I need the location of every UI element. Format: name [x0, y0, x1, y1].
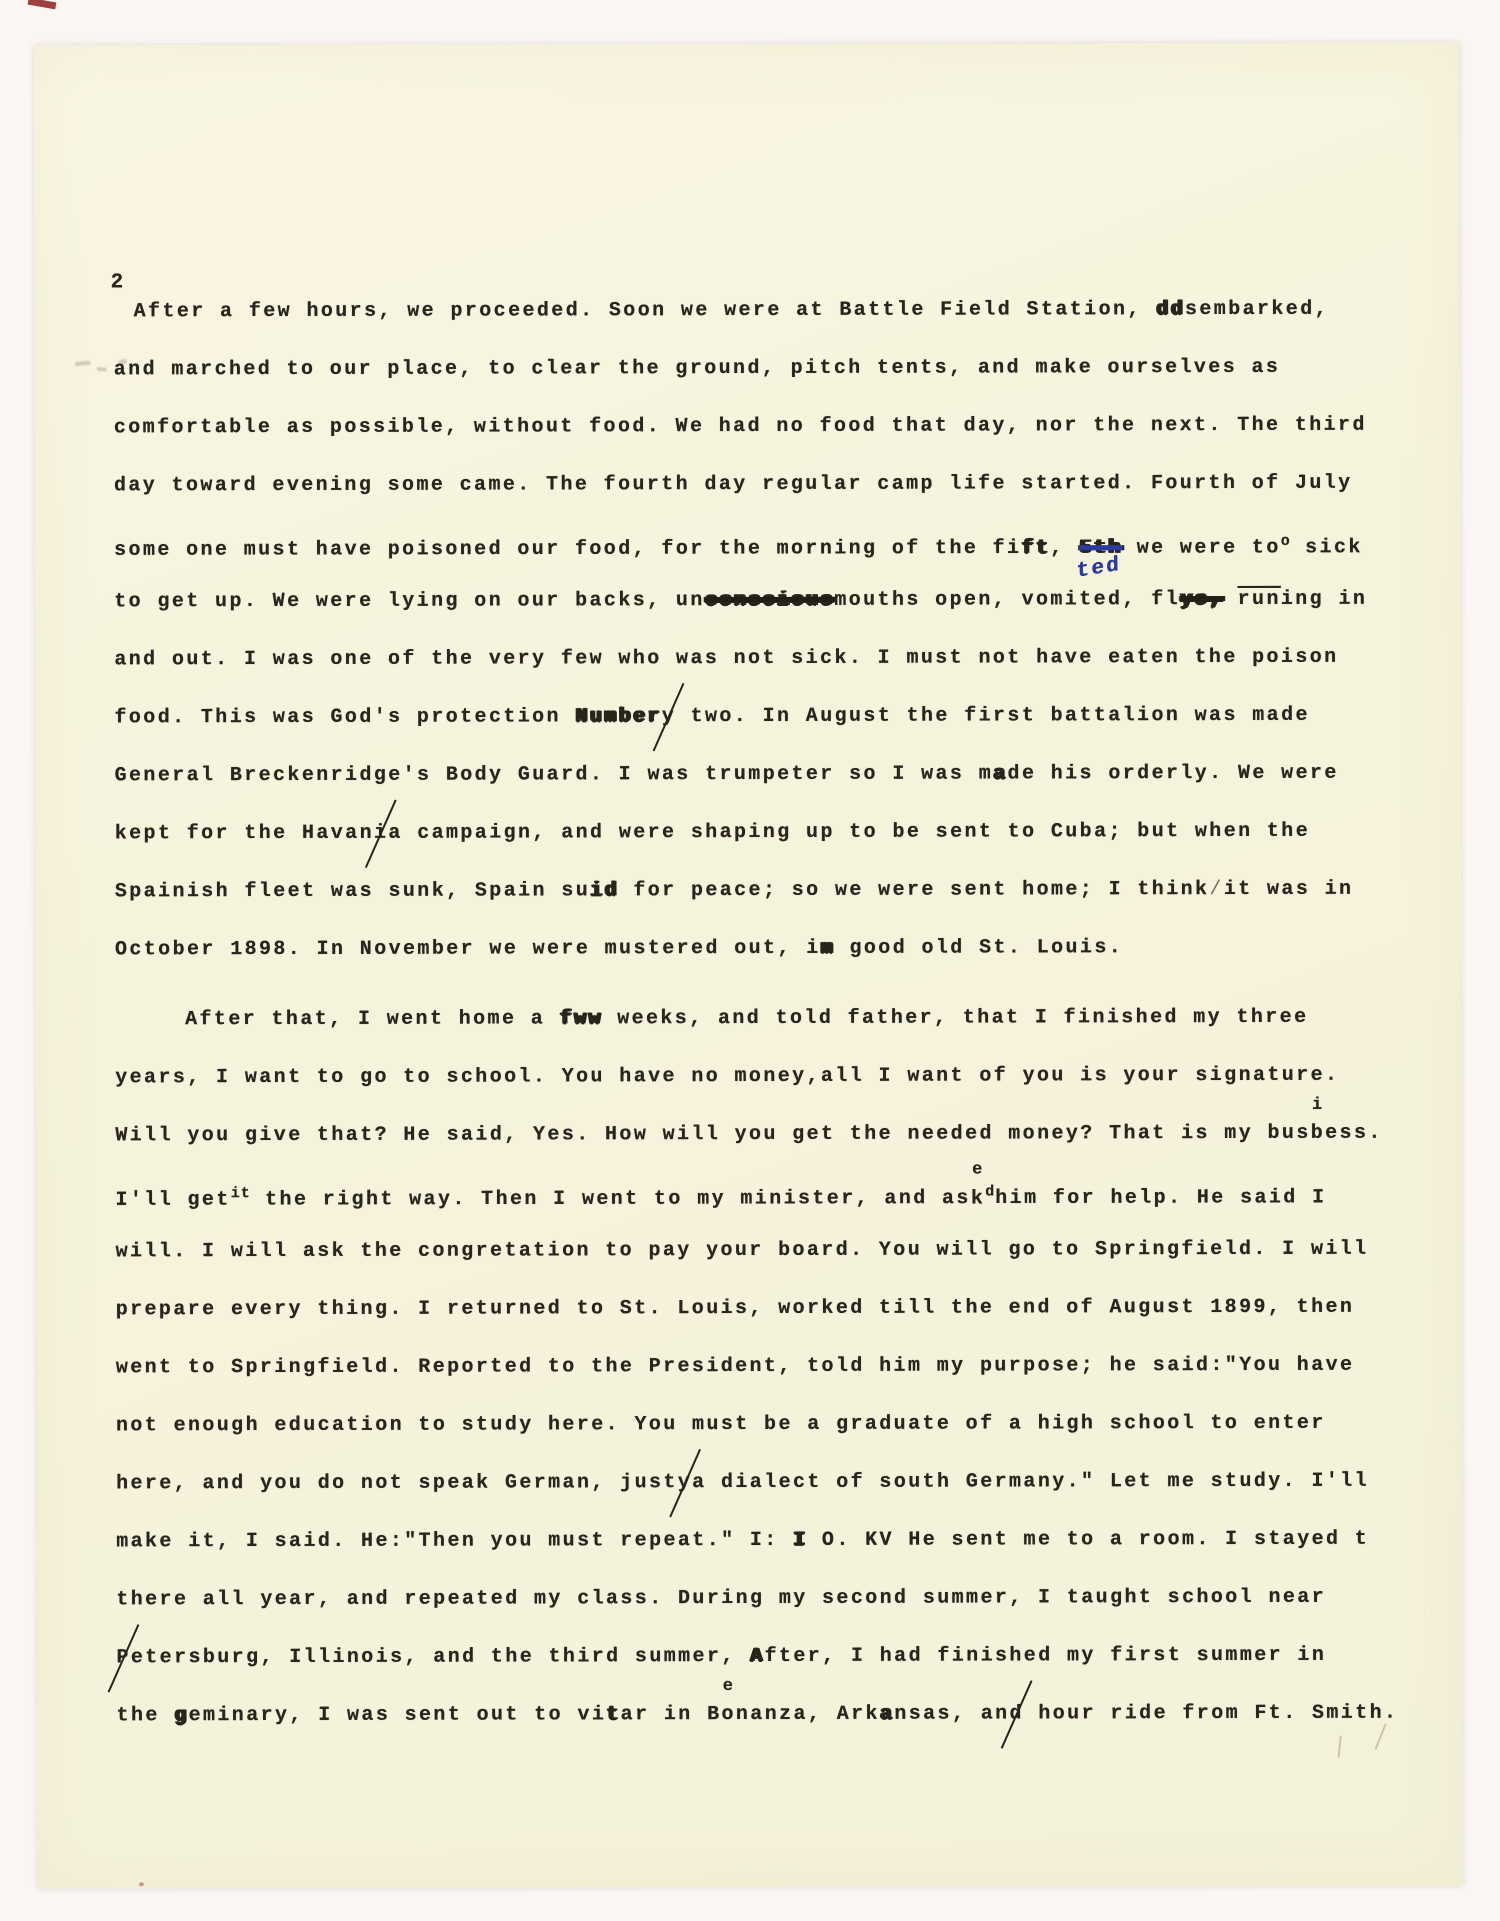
typed-segment-xout: ys,	[1180, 588, 1223, 611]
typed-segment-xout: conscious	[705, 589, 835, 612]
typed-segment: day toward evening some came. The fourth…	[114, 472, 1353, 498]
pen-correction: ted	[1076, 555, 1121, 583]
typed-segment-blot: fww	[560, 1007, 603, 1030]
red-speck	[139, 1882, 144, 1886]
typed-line: some one must have poisoned our food, fo…	[114, 513, 1444, 574]
typed-text-block: After a few hours, we proceeded. Soon we…	[114, 281, 1447, 1746]
typed-segment-blot: dd	[1156, 298, 1185, 321]
typed-segment: prepare every thing. I returned to St. L…	[116, 1296, 1355, 1322]
typed-segment: General Breckenridge's Body Guard. I was…	[115, 762, 994, 787]
typed-segment-blot: a	[993, 762, 1007, 785]
typed-segment: a campaign, and were shaping up to be se…	[388, 820, 1310, 845]
typed-line: prepare every thing. I returned to St. L…	[116, 1279, 1446, 1340]
typed-segment: and marched to our place, to clear the g…	[114, 356, 1281, 381]
typed-line: October 1898. In November we were muster…	[115, 919, 1445, 980]
typed-segment-slash: d	[1009, 1685, 1024, 1743]
typed-segment-blot: ft	[1021, 537, 1050, 560]
red-edge-streak	[28, 0, 57, 9]
typed-segment: ,	[1050, 537, 1079, 560]
typed-segment: nanza, Ark	[736, 1703, 880, 1726]
typed-segment-slash: i	[374, 805, 389, 863]
typed-segment: there all year, and repeated my class. D…	[116, 1586, 1326, 1612]
typed-line: comfortable as possible, without food. W…	[114, 397, 1444, 458]
typed-segment: ing in	[1281, 588, 1367, 611]
typed-segment-blot: a	[880, 1703, 894, 1726]
typed-segment: weeks, and told father, that I finished …	[603, 1006, 1309, 1030]
typed-segment: some one must have poisoned our food, fo…	[114, 537, 1021, 562]
typed-segment: ess.	[1325, 1122, 1383, 1145]
typed-line: there all year, and repeated my class. D…	[116, 1569, 1446, 1630]
typed-line: day toward evening some came. The fourth…	[114, 455, 1444, 516]
typed-segment-blot: t	[606, 1703, 620, 1726]
typed-segment: him for help. He said I	[995, 1186, 1326, 1210]
typed-segment-ovl: run	[1238, 588, 1281, 611]
typed-line: and out. I was one of the very few who w…	[114, 629, 1444, 690]
typed-line: the geminary, I was sent out to vitar in…	[117, 1685, 1447, 1746]
typed-segment: will. I will ask the congretation to pay…	[116, 1238, 1369, 1264]
typed-segment: de his orderly. We were	[1008, 762, 1339, 786]
typed-segment-blot: A	[750, 1645, 764, 1668]
typed-segment: Spainish fleet was sunk, Spain su	[115, 879, 590, 903]
typed-segment: After that, I went home a	[185, 1007, 560, 1031]
typed-segment: comfortable as possible, without food. W…	[114, 414, 1367, 440]
typed-segment: hour ride from Ft. Smith.	[1024, 1702, 1399, 1726]
typed-segment: we were to	[1122, 536, 1280, 559]
typed-line: years, I want to go to school. You have …	[115, 1047, 1445, 1108]
typed-segment: the right way. Then I went to my ministe…	[251, 1187, 971, 1212]
typed-segment-slash: y	[662, 688, 677, 746]
typed-segment-sup: d	[985, 1183, 995, 1200]
typed-line: I'll getit the right way. Then I went to…	[115, 1163, 1445, 1224]
typed-segment-blot: g	[174, 1704, 188, 1727]
typed-segment: , fl	[1122, 588, 1180, 611]
overtyped-character: e	[723, 1678, 736, 1695]
typed-line: to get up. We were lying on our backs, u…	[114, 571, 1444, 632]
typed-segment-blot: id	[590, 879, 619, 902]
typed-segment: ke	[971, 1170, 986, 1228]
pencil-smudge	[75, 361, 91, 367]
typed-line: not enough education to study here. You …	[116, 1395, 1446, 1456]
typed-line: kept for the Havania campaign, and were …	[115, 803, 1445, 864]
typed-line: Will you give that? He said, Yes. How wi…	[115, 1105, 1445, 1166]
typed-segment: years, I want to go to school. You have …	[115, 1064, 1339, 1090]
typed-segment: Will you give that? He said, Yes. How wi…	[115, 1122, 1310, 1148]
typed-segment: food. This was God's protection	[114, 705, 575, 729]
typed-segment: sick	[1291, 536, 1363, 559]
typed-line: General Breckenridge's Body Guard. I was…	[115, 745, 1445, 806]
typed-segment: After a few hours, we proceeded. Soon we…	[134, 298, 1157, 323]
typed-segment-blot: Number	[575, 705, 661, 728]
overtyped-character: i	[1312, 1096, 1325, 1113]
typed-segment	[1223, 588, 1237, 611]
typed-segment: mouths open, vomi	[834, 588, 1079, 612]
typed-segment-blot: I	[793, 1529, 807, 1552]
typed-segment: tedted	[1079, 571, 1122, 629]
typed-segment: oe	[721, 1686, 736, 1744]
typed-segment-slash: P	[116, 1629, 131, 1687]
typed-line: Spainish fleet was sunk, Spain suid for …	[115, 861, 1445, 922]
typed-segment: a dialect of south Germany." Let me stud…	[692, 1470, 1369, 1494]
typed-line: After a few hours, we proceeded. Soon we…	[114, 281, 1444, 342]
typed-segment: nsas, an	[894, 1702, 1009, 1725]
typed-segment: not enough education to study here. You …	[116, 1412, 1326, 1438]
typed-segment: for peace; so we were sent home; I think	[619, 878, 1210, 902]
typed-segment: eminary, I was sent out to vi	[189, 1703, 607, 1727]
typed-line: went to Springfield. Reported to the Pre…	[116, 1337, 1446, 1398]
typed-segment: ar in B	[621, 1703, 722, 1726]
typed-segment: two. In August the first battalion was m…	[676, 704, 1310, 728]
typed-segment: it was in	[1224, 878, 1354, 901]
typed-segment: O. KV He sent me to a room. I stayed t	[807, 1528, 1369, 1552]
typed-segment: went to Springfield. Reported to the Pre…	[116, 1354, 1355, 1380]
typed-line: here, and you do not speak German, justy…	[116, 1453, 1446, 1514]
overtyped-character: e	[972, 1162, 985, 1179]
typed-segment: I'll get	[115, 1189, 230, 1212]
typed-line: Petersburg, Illinois, and the third summ…	[116, 1627, 1446, 1688]
typed-segment-sup: o	[1281, 533, 1291, 550]
typewritten-page: 2 After a few hours, we proceeded. Soon …	[34, 43, 1463, 1889]
typed-segment: sembarked,	[1185, 298, 1329, 321]
typed-line: After that, I went home a fww weeks, and…	[115, 989, 1445, 1050]
typed-segment: to get up. We were lying on our backs, u…	[114, 589, 705, 613]
typed-segment: fter, I had finished my first summer in	[765, 1644, 1327, 1668]
scan-background: { "document": { "page_number": "2", "pap…	[0, 0, 1500, 1921]
typed-segment-sup: it	[231, 1185, 251, 1202]
typed-line: and marched to our place, to clear the g…	[114, 339, 1444, 400]
typed-segment: etersburg, Illinois, and the third summe…	[131, 1645, 750, 1669]
typed-segment: bi	[1311, 1105, 1326, 1163]
typed-segment-slash: y	[678, 1454, 693, 1512]
typed-segment: kept for the Havan	[115, 822, 374, 846]
typed-segment: the	[117, 1704, 175, 1727]
typed-segment-blot: m	[821, 937, 835, 960]
typed-line: make it, I said. He:"Then you must repea…	[116, 1511, 1446, 1572]
typed-segment: good old St. Louis.	[835, 936, 1123, 960]
typed-segment: here, and you do not speak German, just	[116, 1471, 678, 1495]
typed-segment-pencil: /	[1209, 878, 1223, 901]
typed-line: will. I will ask the congretation to pay…	[116, 1221, 1446, 1282]
typed-segment: make it, I said. He:"Then you must repea…	[116, 1529, 793, 1553]
pencil-smudge	[97, 367, 107, 372]
typed-line: food. This was God's protection Numbery …	[114, 687, 1444, 748]
typed-segment: October 1898. In November we were muster…	[115, 937, 821, 961]
typed-segment: and out. I was one of the very few who w…	[114, 646, 1338, 672]
